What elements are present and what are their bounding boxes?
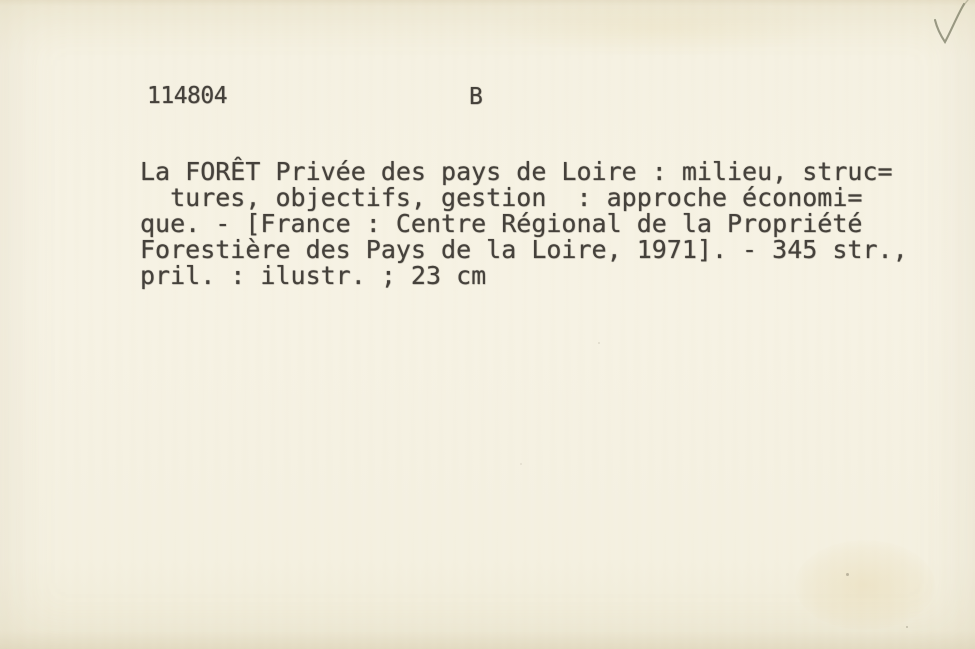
paper-stain — [795, 540, 935, 630]
entry-line: que. - [France : Centre Régional de la P… — [140, 211, 908, 237]
catalog-entry: La FORÊT Privée des pays de Loire : mili… — [140, 159, 908, 289]
entry-line: tures, objectifs, gestion : approche éco… — [140, 185, 908, 211]
catalog-card: 114804 B La FORÊT Privée des pays de Loi… — [0, 0, 975, 649]
entry-line: Forestière des Pays de la Loire, 1971]. … — [140, 237, 908, 263]
pencil-checkmark-icon — [928, 0, 975, 54]
entry-line: La FORÊT Privée des pays de Loire : mili… — [140, 159, 908, 185]
paper-stain — [500, 0, 820, 55]
paper-speck — [598, 342, 600, 344]
classification-letter: B — [469, 86, 483, 109]
paper-speck — [906, 626, 908, 628]
paper-speck — [846, 573, 849, 576]
entry-line: pril. : ilustr. ; 23 cm — [140, 263, 908, 289]
paper-speck — [520, 463, 522, 465]
call-number: 114804 — [147, 85, 227, 108]
